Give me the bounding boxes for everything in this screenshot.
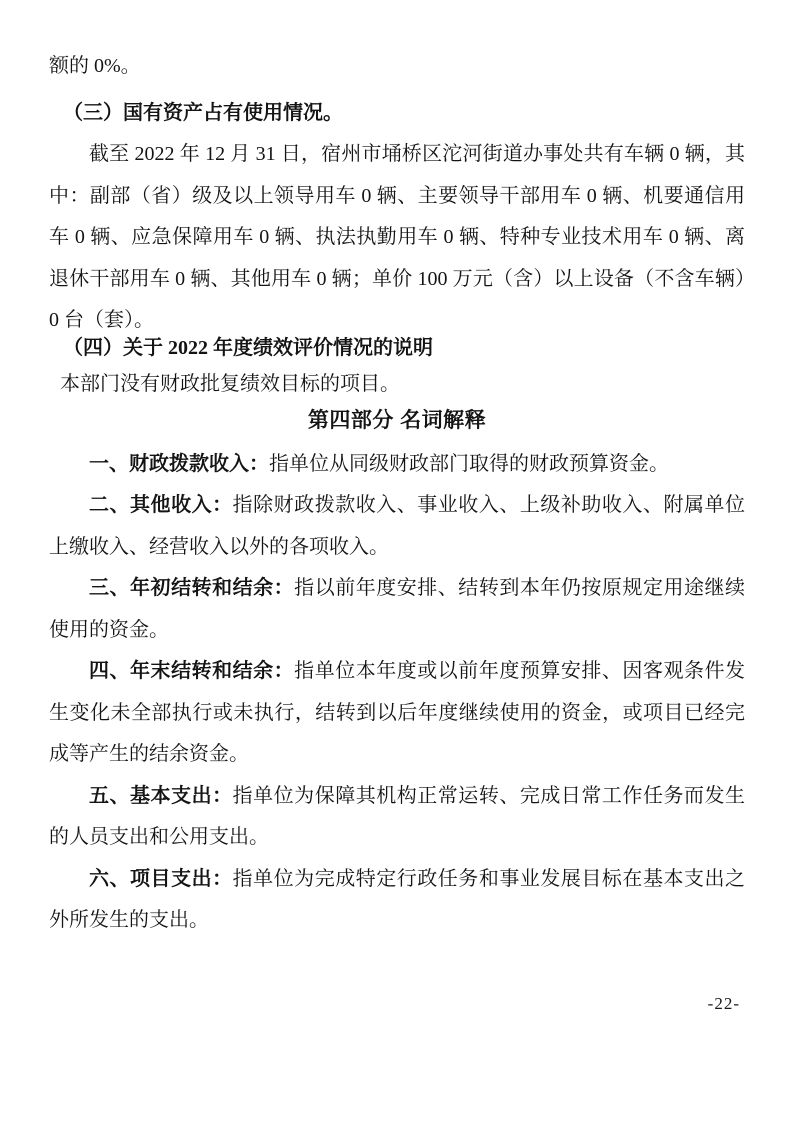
term-item-1: 一、财政拨款收入：指单位从同级财政部门取得的财政预算资金。 xyxy=(49,444,745,486)
term-4-lead: 四、年末结转和结余： xyxy=(89,660,294,682)
term-3-lead: 三、年初结转和结余： xyxy=(89,577,294,599)
section3-heading: （三）国有资产占有使用情况。 xyxy=(49,93,745,135)
term-item-6: 六、项目支出：指单位为完成特定行政任务和事业发展目标在基本支出之外所发生的支出。 xyxy=(49,859,745,942)
section3-paragraph: 截至 2022 年 12 月 31 日，宿州市埇桥区沱河街道办事处共有车辆 0 … xyxy=(49,134,745,342)
term-item-4: 四、年末结转和结余：指单位本年度或以前年度预算安排、因客观条件发生变化未全部执行… xyxy=(49,651,745,776)
section4-paragraph: 本部门没有财政批复绩效目标的项目。 xyxy=(49,366,745,402)
document-content: 额的 0%。 （三）国有资产占有使用情况。 截至 2022 年 12 月 31 … xyxy=(0,46,793,942)
document-page: 额的 0%。 （三）国有资产占有使用情况。 截至 2022 年 12 月 31 … xyxy=(0,0,793,1122)
term-1-lead: 一、财政拨款收入： xyxy=(89,453,269,475)
carryover-line: 额的 0%。 xyxy=(49,46,745,88)
term-1-text: 指单位从同级财政部门取得的财政预算资金。 xyxy=(269,453,669,475)
term-5-lead: 五、基本支出： xyxy=(89,785,233,807)
section4-heading: （四）关于 2022 年度绩效评价情况的说明 xyxy=(49,330,745,366)
term-6-lead: 六、项目支出： xyxy=(89,868,233,890)
term-item-3: 三、年初结转和结余：指以前年度安排、结转到本年仍按原规定用途继续使用的资金。 xyxy=(49,568,745,651)
term-2-lead: 二、其他收入： xyxy=(89,494,233,516)
term-item-5: 五、基本支出：指单位为保障其机构正常运转、完成日常工作任务而发生的人员支出和公用… xyxy=(49,776,745,859)
part4-title: 第四部分 名词解释 xyxy=(49,403,745,439)
page-number: -22- xyxy=(708,994,740,1014)
glossary-terms-list: 一、财政拨款收入：指单位从同级财政部门取得的财政预算资金。 二、其他收入：指除财… xyxy=(49,444,745,942)
term-item-2: 二、其他收入：指除财政拨款收入、事业收入、上级补助收入、附属单位上缴收入、经营收… xyxy=(49,485,745,568)
